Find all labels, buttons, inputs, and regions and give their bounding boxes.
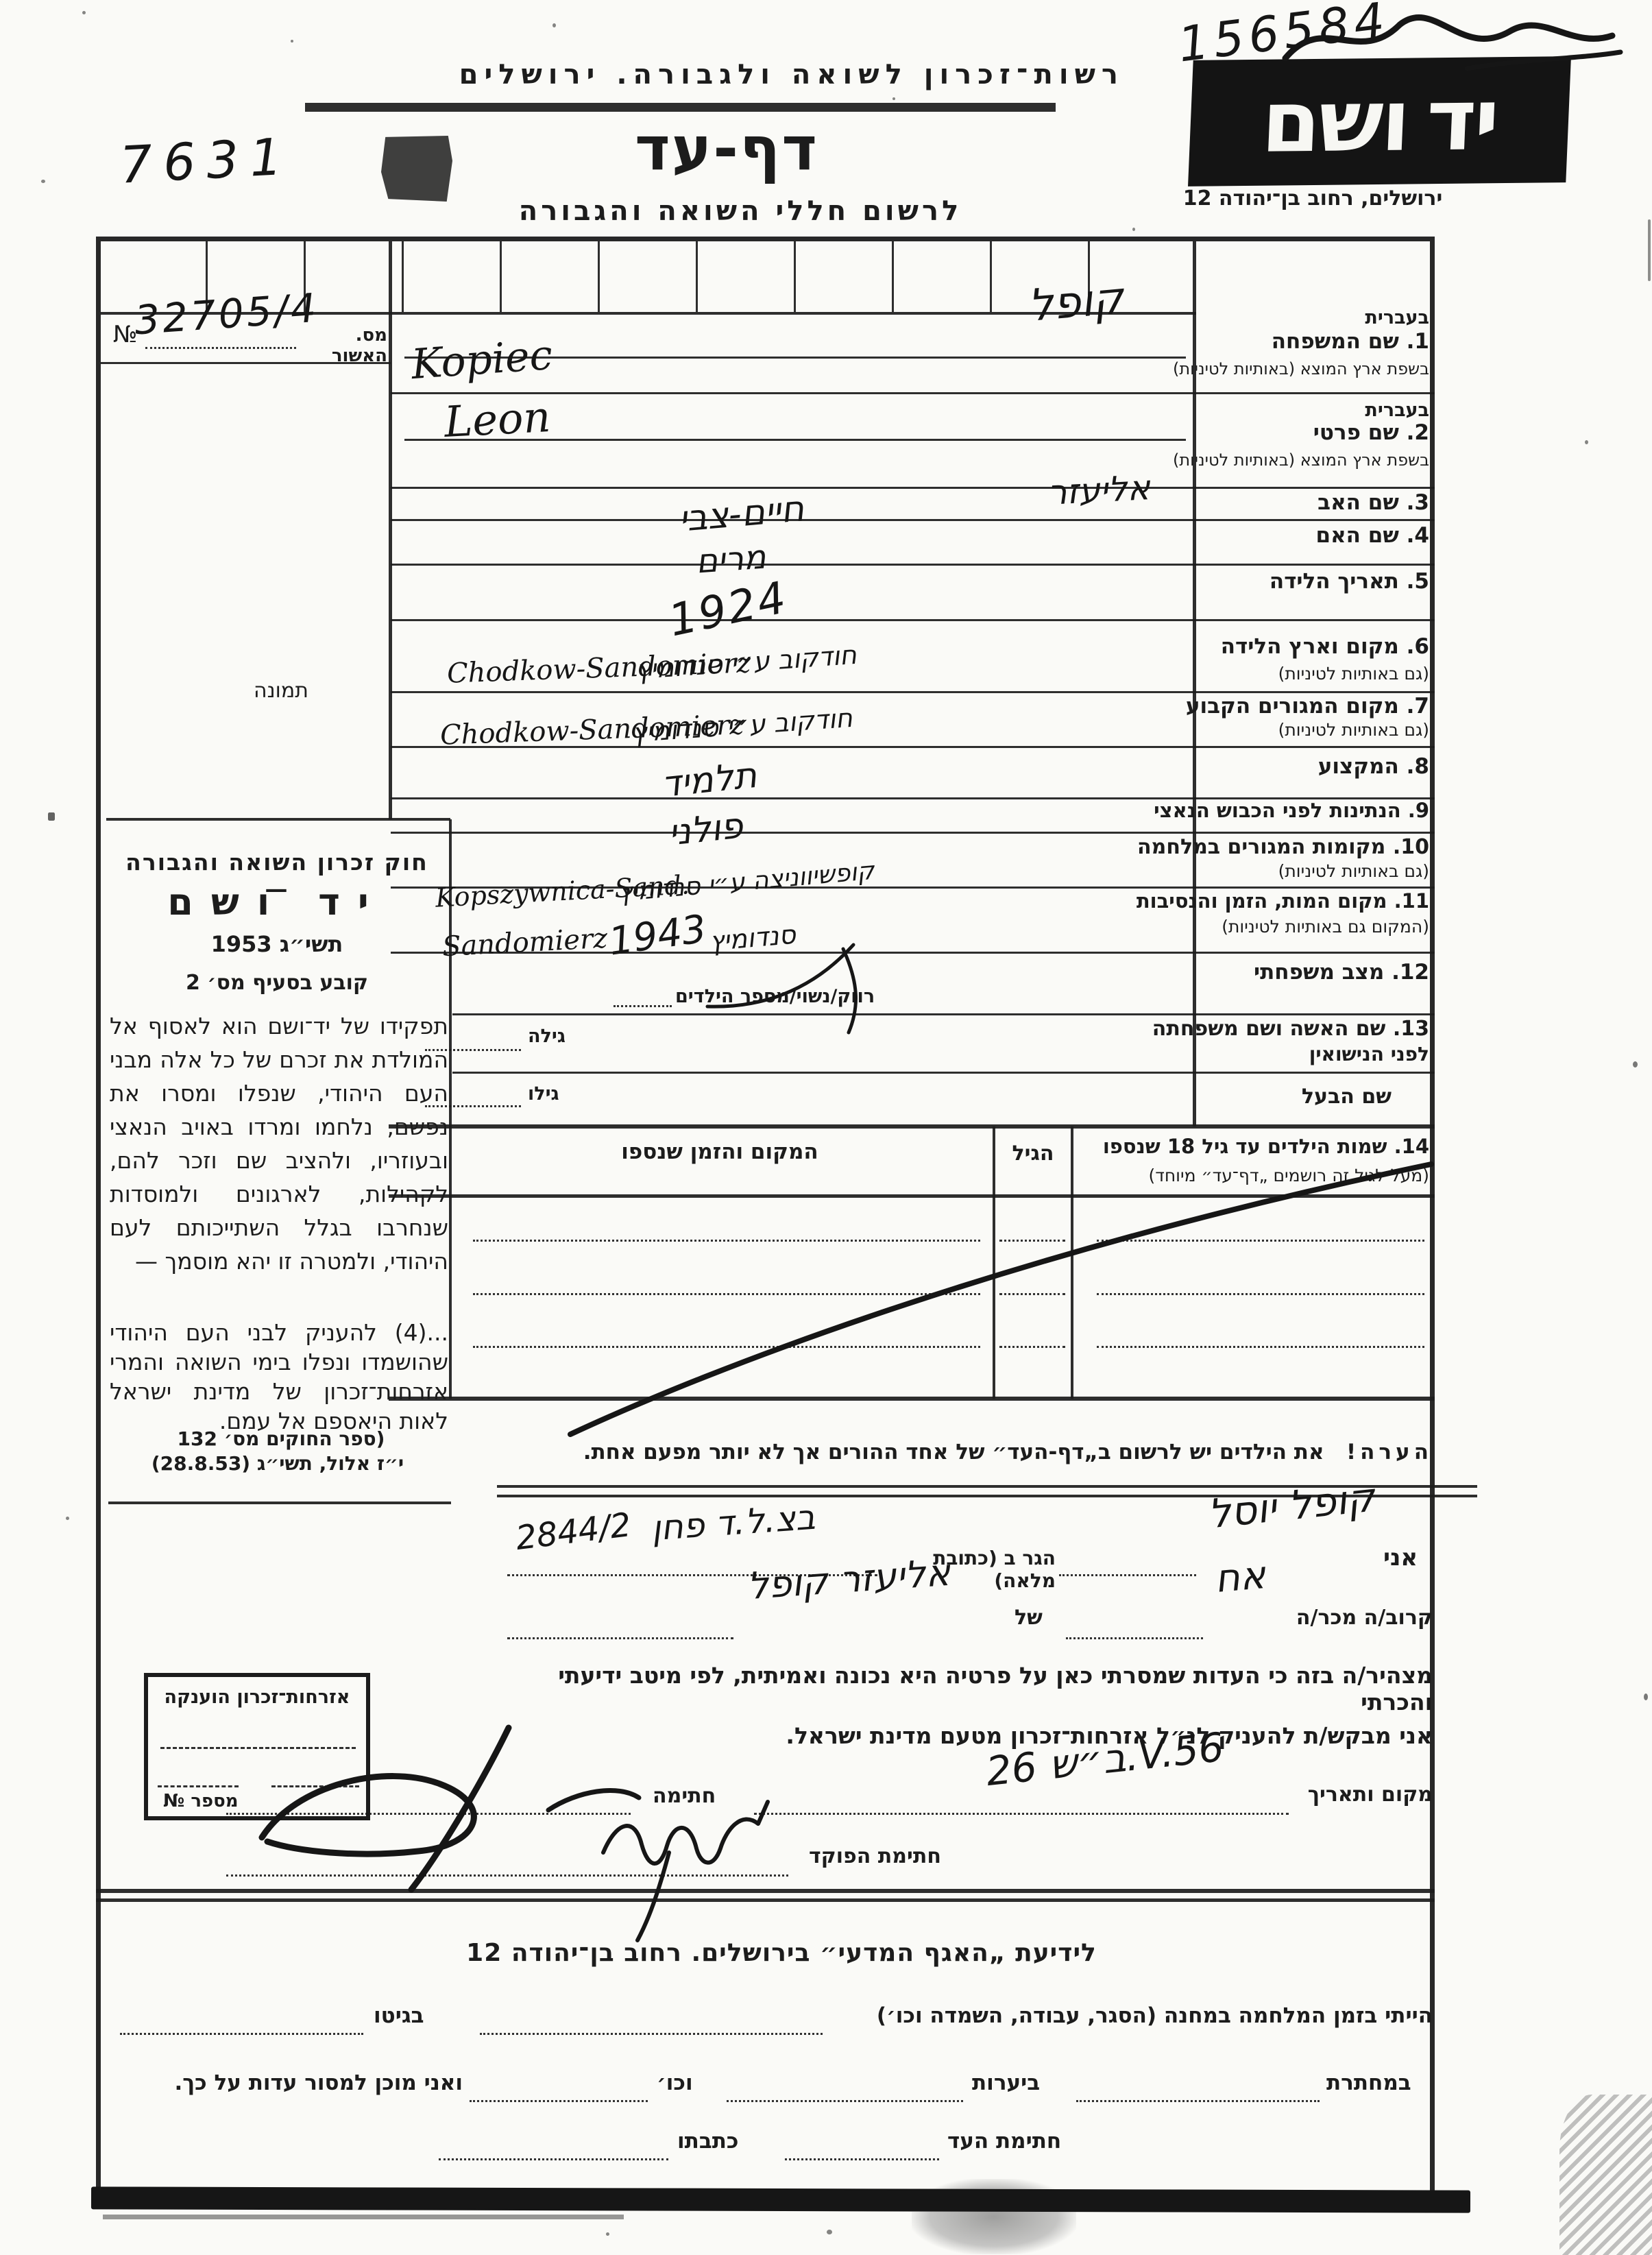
field-7-label: 7. מקום המגורים הקבוע: [1200, 694, 1429, 719]
scan-speck: [291, 40, 293, 43]
husband-age-dotted: [425, 1105, 521, 1107]
section-rule: [96, 1898, 1435, 1902]
field-6-label: 6. מקום וארץ הלידה: [1200, 634, 1429, 659]
declaration-of-label: של: [1015, 1606, 1043, 1630]
scan-smudge: [1559, 2095, 1652, 2255]
photo-label: תמונה: [226, 679, 336, 703]
org-line: רשות־זכרון לשואה ולגבורה. ירושלים: [260, 59, 1124, 91]
tick: [990, 241, 992, 312]
hw-first-name-hebrew: אליעזר: [1047, 468, 1152, 513]
field-12-printed-options: רווק/נשוי/מספר הילדים: [675, 986, 875, 1007]
row-sep: [391, 487, 1435, 489]
scan-speck: [66, 1517, 69, 1520]
field-14-sub: (מעל לגיל זה רושמים „דף־עד״ מיוחד): [1090, 1166, 1429, 1185]
law-ref2: י״ז אלול, תשי״ג (28.8.53): [127, 1452, 428, 1475]
tick: [598, 241, 600, 312]
row-sep: [452, 1072, 1435, 1074]
page-title: דף-עד: [610, 113, 843, 184]
signature-label: חתימה: [653, 1784, 716, 1808]
field-2-label: 2. שם פרטי: [1200, 420, 1429, 445]
hw-mother-name: מרים: [694, 538, 767, 581]
scan-speck: [48, 812, 55, 821]
declaration-dotted: [507, 1637, 733, 1639]
bottom-line1a: הייתי בזמן המלחמה במחנה (הסגר, עבודה, הש…: [831, 2003, 1433, 2028]
bottom-line3b: כתבתו: [677, 2129, 738, 2154]
bottom-line2b: ביערות: [972, 2071, 1040, 2095]
scan-edge-mark: [1648, 219, 1651, 281]
field-1-label: 1. שם המשפחה: [1200, 329, 1429, 354]
field-13-label2: לפני הנישואין: [1200, 1043, 1429, 1065]
bottom-heading: לידיעת „האגף המדעי״ בירושלים. רחוב בן־יה…: [439, 1939, 1124, 1967]
yad-vashem-logo: יד ושם: [1190, 58, 1569, 184]
bottom-line3a: חתימת העד: [947, 2129, 1061, 2154]
table-row-dotted: [473, 1346, 980, 1348]
section-rule: [96, 1889, 1435, 1893]
table-bottom-border: [389, 1397, 1435, 1401]
field-1-lang: בעברית: [1200, 307, 1429, 328]
field-10-sub: (גם באותיות לטיניות): [1200, 861, 1429, 881]
page-subtitle: לרשום חללי השואה והגבורה: [425, 195, 1056, 227]
scan-speck: [606, 2232, 609, 2236]
field-12-label: 12. מצב משפחתי: [1200, 960, 1429, 985]
field-6-sub: (גם באותיות לטיניות): [1200, 664, 1429, 684]
table-row-dotted: [1097, 1240, 1424, 1242]
wife-age-label: גילה: [528, 1026, 566, 1047]
law-clause: קובע בסעיף מס׳ 2: [112, 971, 442, 995]
citizenship-box-line: [158, 1785, 239, 1787]
official-signature-label: חתימת הפוקד: [809, 1844, 941, 1868]
header-underline: [305, 103, 1056, 112]
approval-dotted-line: [145, 347, 296, 349]
table-col-divider: [1071, 1126, 1073, 1399]
bottom-dotted: [1076, 2100, 1320, 2102]
hw-family-name-latin: Kopiec: [410, 331, 554, 389]
law-body: תפקידו של יד־ושם הוא לאסוף אל המולדת את …: [110, 1009, 448, 1278]
tick: [794, 241, 796, 312]
table-col-place-header: המקום והזמן שנספו: [480, 1139, 960, 1164]
field-4-label: 4. שם האם: [1200, 523, 1429, 548]
official-signature-dotted: [226, 1874, 788, 1877]
scan-bottom-bar: [91, 2186, 1470, 2212]
bottom-dotted: [470, 2100, 648, 2102]
scan-speck: [1585, 440, 1588, 444]
note-word: הערה!: [1346, 1440, 1433, 1464]
hw-serial-number: 7631: [119, 127, 294, 195]
table-row-dotted: [473, 1293, 980, 1295]
bottom-line2d: ואני מוכן למסור עדות על כך.: [79, 2071, 463, 2095]
stamp-mark-icon: [381, 136, 452, 202]
citizenship-box: אזרחות־זכרון הוענקה מספר №: [144, 1673, 370, 1820]
field-1-sub: בשפת ארץ המוצא (באותיות לטיניות): [1187, 359, 1429, 378]
table-row-dotted: [1097, 1293, 1424, 1295]
scan-speck: [1644, 1693, 1648, 1700]
row-sep: [452, 1013, 1435, 1015]
citizenship-box-line: [160, 1747, 356, 1749]
hw-first-name-latin: Leon: [443, 391, 552, 447]
scanned-testimony-page: רשות־זכרון לשואה ולגבורה. ירושלים 7631 ד…: [0, 0, 1652, 2255]
photo-column-divider: [389, 241, 392, 819]
law-ref1: (ספר החוקים מס׳ 132: [137, 1427, 425, 1450]
tick: [402, 241, 404, 312]
table-top-border: [389, 1124, 1435, 1129]
declaration-i-label: אני: [1383, 1544, 1418, 1571]
bottom-dotted: [785, 2158, 939, 2160]
law-bottom-rule: [108, 1502, 451, 1504]
field-2-sub: בשפת ארץ המוצא (באותיות לטיניות): [1187, 450, 1429, 470]
scan-speck: [552, 23, 556, 27]
field-11-label: 11. מקום המות, הזמן והנסיבות: [1165, 889, 1429, 913]
field-12-dotted: [614, 1005, 672, 1007]
declaration-dotted: [1059, 1574, 1196, 1576]
logo-address-line: ירושלים, רחוב בן־יהודה 12: [1162, 186, 1463, 210]
place-date-label: מקום ותאריך: [1294, 1783, 1433, 1807]
field-8-label: 8. המקצוע: [1200, 754, 1429, 779]
tick: [892, 241, 894, 312]
scan-speck: [892, 97, 895, 100]
field-13-label: 13. שם האשה ושם משפחתה: [1186, 1017, 1429, 1041]
place-date-dotted: [754, 1813, 1289, 1815]
row-sep: [391, 619, 1435, 621]
scan-speck: [82, 11, 86, 14]
field-3-label: 3. שם האב: [1200, 490, 1429, 515]
citizenship-box-line: [271, 1785, 359, 1787]
field-13-husband-label: שם הבעל: [1234, 1085, 1392, 1109]
table-col-age-header: הגיל: [995, 1142, 1071, 1166]
declaration-statement: מצהיר/ה בזה כי העדות שמסרתי כאן על פרטיה…: [495, 1662, 1433, 1715]
table-row-dotted: [1097, 1346, 1424, 1348]
scan-speck: [1633, 1061, 1638, 1068]
tick: [500, 241, 502, 312]
field-7-sub: (גם באותיות לטיניות): [1200, 720, 1429, 740]
field-2-lang: בעברית: [1200, 400, 1429, 421]
field-5-label: 5. תאריך הלידה: [1200, 569, 1429, 594]
table-col-divider: [993, 1126, 995, 1399]
law-top-rule: [106, 818, 450, 821]
note-text: את הילדים יש לרשום ב„דף-העד״ של אחד ההור…: [583, 1440, 1324, 1464]
scan-bottom-bar-smear: [103, 2215, 624, 2219]
law-body2: ‏...(4) להעניק לבני העם היהודי שהושמדו ו…: [110, 1318, 448, 1436]
table-row-dotted: [999, 1240, 1065, 1242]
table-header-border: [389, 1194, 1435, 1198]
tick: [696, 241, 698, 312]
husband-age-label: גילו: [528, 1083, 559, 1105]
declaration-dotted: [1066, 1637, 1203, 1639]
row-sep: [391, 691, 1435, 693]
bottom-dotted: [120, 2033, 363, 2035]
citizenship-box-number-label: מספר №: [163, 1791, 239, 1811]
field-9-label: 9. הנתינות לפני הכבוש הנאצי: [1165, 799, 1429, 822]
field-11-sub: (המקום גם באותיות לטיניות): [1179, 917, 1429, 937]
note-line: הערה! את הילדים יש לרשום ב„דף-העד״ של אח…: [494, 1440, 1433, 1464]
table-row-dotted: [999, 1346, 1065, 1348]
declaration-relative-label: קרוב/ה מכר/ה: [1274, 1606, 1433, 1630]
hw-family-name-hebrew: קופל: [1026, 273, 1126, 332]
table-row-dotted: [999, 1293, 1065, 1295]
bottom-line2c: וכו׳: [657, 2071, 693, 2095]
row-sep: [391, 564, 1435, 566]
bottom-dotted: [480, 2033, 823, 2035]
field-14-label: 14. שמות הילדים עד גיל 18 שנספו: [1090, 1135, 1429, 1158]
bottom-line1b: בגיטו: [374, 2003, 424, 2028]
bottom-dotted: [727, 2100, 963, 2102]
scan-speck: [1132, 228, 1135, 231]
table-row-dotted: [473, 1240, 980, 1242]
logo-text: יד ושם: [1260, 77, 1499, 165]
field-10-label: 10. מקומות המגורים במלחמה: [1179, 835, 1429, 859]
hw-relation: אח: [1213, 1553, 1267, 1602]
wife-age-dotted: [425, 1049, 521, 1051]
bottom-dotted: [439, 2158, 668, 2160]
row-sep: [391, 519, 1435, 521]
bottom-line2a: במחתרת: [1326, 2071, 1411, 2095]
citizenship-box-title: אזרחות־זכרון הוענקה: [148, 1687, 366, 1708]
scan-speck: [827, 2230, 832, 2234]
hw-citizenship: פולני: [666, 805, 744, 854]
approval-no-sign: №: [113, 321, 137, 348]
row-sep: [391, 832, 1435, 834]
scan-speck: [41, 180, 45, 183]
